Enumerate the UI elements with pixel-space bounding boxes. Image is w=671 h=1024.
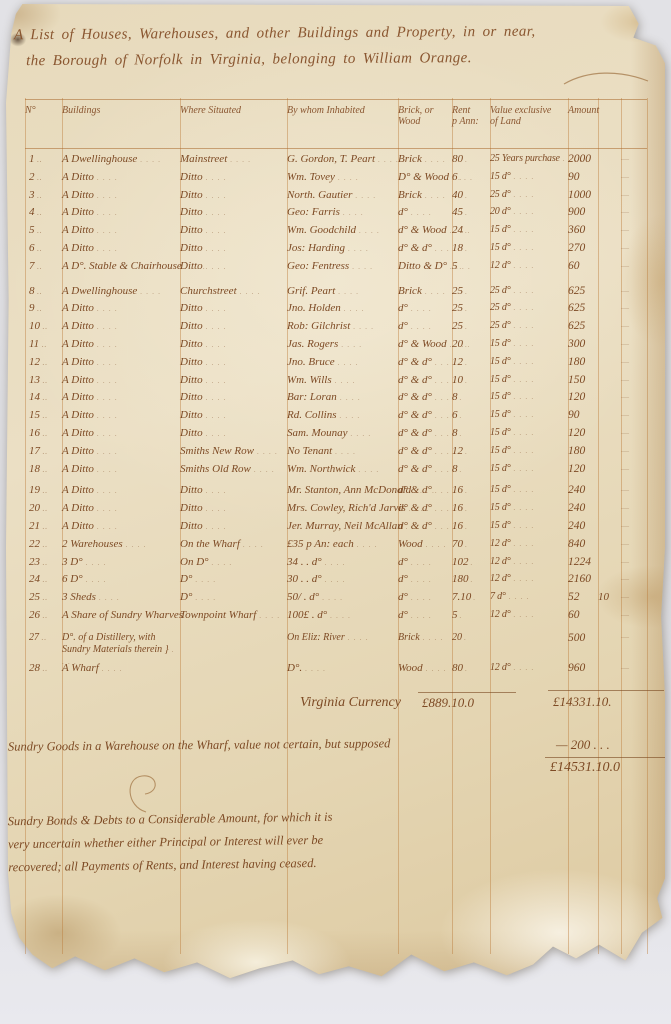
cell-inhabited-by: Jer. Murray, Neil McAllan	[287, 520, 398, 532]
cell-brick-or-wood: d°	[398, 556, 452, 568]
cell-amount: 1000	[568, 189, 598, 201]
cell-dash	[621, 189, 647, 201]
row-number: 15	[25, 409, 62, 421]
cell-where-situated: Ditto	[180, 374, 287, 386]
cell-amount: 150	[568, 374, 598, 386]
cell-brick-or-wood: d° & d°	[398, 409, 452, 421]
cell-where-situated: Smiths New Row	[180, 445, 287, 457]
column-header: Brick, or Wood	[398, 106, 452, 127]
cell-where-situated: Mainstreet	[180, 153, 287, 165]
row-number: 6	[25, 242, 62, 254]
cell-value: 15 d°	[490, 445, 568, 456]
cell-rent: 40	[452, 189, 490, 201]
cell-rent: 16	[452, 520, 490, 532]
cell-amount: 360	[568, 224, 598, 236]
cell-value: 20 d°	[490, 206, 568, 217]
cell-rent: 7.10	[452, 591, 490, 603]
cell-value: 25 d°	[490, 320, 568, 331]
cell-where-situated: Ditto	[180, 242, 287, 254]
table-row: 14 A Ditto Ditto Bar: Loran d° & d° 8 15…	[25, 391, 647, 409]
cell-brick-or-wood: D° & Wood	[398, 171, 452, 183]
cell-brick-or-wood: d° & d°	[398, 427, 452, 439]
cell-inhabited-by: D°.	[287, 662, 398, 674]
row-number: 22	[25, 538, 62, 550]
cell-building: A Ditto	[62, 206, 180, 218]
cell-value: 12 d°	[490, 609, 568, 620]
cell-where-situated: Churchstreet	[180, 285, 287, 297]
cell-amount: 500	[568, 632, 598, 644]
cell-rent: 45	[452, 206, 490, 218]
cell-dash	[621, 463, 647, 475]
cell-building: 6 D°	[62, 573, 180, 585]
table-row: 17 A Ditto Smiths New Row No Tenant d° &…	[25, 445, 647, 463]
cell-building: A D°. Stable & Chairhouse	[62, 260, 180, 272]
table-row: 7 A D°. Stable & Chairhouse Ditto Geo: F…	[25, 260, 647, 278]
cell-dash	[621, 591, 647, 603]
amount-total-rule	[548, 690, 664, 691]
cell-rent: 10	[452, 374, 490, 386]
cell-where-situated: Ditto	[180, 427, 287, 439]
rent-total: £889.10.0	[422, 695, 474, 711]
cell-rent: 25	[452, 285, 490, 297]
cell-amount: 120	[568, 427, 598, 439]
cell-where-situated: Ditto	[180, 206, 287, 218]
cell-building: A Ditto	[62, 374, 180, 386]
cell-amount: 625	[568, 320, 598, 332]
cell-brick-or-wood: Brick	[398, 285, 452, 297]
row-number: 24	[25, 573, 62, 585]
cell-building: A Wharf	[62, 662, 180, 674]
title-line-1: A List of Houses, Warehouses, and other …	[14, 24, 536, 44]
cell-brick-or-wood: d° & d°	[398, 391, 452, 403]
grand-total-rule	[545, 757, 665, 758]
cell-dash	[621, 538, 647, 550]
cell-dash	[621, 502, 647, 514]
cell-dash	[621, 356, 647, 368]
table-row: 1 A Dwellinghouse Mainstreet G. Gordon, …	[25, 153, 647, 171]
table-row: 11 A Ditto Ditto Jas. Rogers d° & Wood 2…	[25, 338, 647, 356]
row-number: 8	[25, 285, 62, 297]
cell-dash	[621, 409, 647, 421]
cell-dash	[621, 609, 647, 621]
table-row: 18 A Ditto Smiths Old Row Wm. Northwick …	[25, 463, 647, 481]
cell-amount: 60	[568, 260, 598, 272]
cell-value: 15 d°	[490, 224, 568, 235]
cell-building: A Ditto	[62, 502, 180, 514]
cell-brick-or-wood: Wood	[398, 538, 452, 550]
cell-inhabited-by: 50/ . d°	[287, 591, 398, 603]
cell-where-situated: On the Wharf	[180, 538, 287, 550]
row-number: 4	[25, 206, 62, 218]
table-row: 2 A Ditto Ditto Wm. Tovey D° & Wood 6 15…	[25, 171, 647, 189]
cell-building: 3 Sheds	[62, 591, 180, 603]
column-header: Buildings	[62, 106, 180, 127]
cell-where-situated: Ditto	[180, 224, 287, 236]
cell-building: A Ditto	[62, 409, 180, 421]
cell-brick-or-wood: d° & d°	[398, 445, 452, 457]
row-number: 20	[25, 502, 62, 514]
cell-where-situated: Smiths Old Row	[180, 463, 287, 475]
cell-dash	[621, 573, 647, 585]
cell-brick-or-wood: d°	[398, 591, 452, 603]
cell-amount-shillings: 10	[598, 591, 621, 603]
cell-value: 12 d°	[490, 662, 568, 673]
table-row: 24 6 D° D° 30 . . d° d° 180 12 d° 2160	[25, 573, 647, 591]
cell-rent: 80	[452, 153, 490, 165]
column-header: Rent p Ann:	[452, 106, 490, 127]
row-number: 16	[25, 427, 62, 439]
cell-value: 15 d°	[490, 502, 568, 513]
cell-building: 3 D°	[62, 556, 180, 568]
cell-dash	[621, 320, 647, 332]
title-flourish	[560, 66, 652, 92]
cell-dash	[621, 632, 647, 643]
table-rows: 1 A Dwellinghouse Mainstreet G. Gordon, …	[25, 153, 647, 682]
cell-value: 15 d°	[490, 171, 568, 182]
cell-where-situated: Ditto	[180, 320, 287, 332]
table-row: 4 A Ditto Ditto Geo: Farris d° 45 20 d° …	[25, 206, 647, 224]
cell-brick-or-wood: d°	[398, 609, 452, 621]
cell-inhabited-by: £35 p An: each	[287, 538, 398, 550]
row-number: 23	[25, 556, 62, 568]
table-header-row: N°BuildingsWhere SituatedBy whom Inhabit…	[25, 106, 647, 127]
cell-rent: 5	[452, 609, 490, 621]
cell-where-situated: Ditto	[180, 391, 287, 403]
cell-where-situated: Ditto	[180, 502, 287, 514]
cell-value: 15 d°	[490, 356, 568, 367]
table-header-bottom-line	[25, 148, 647, 149]
cell-rent: 8	[452, 463, 490, 475]
cell-where-situated: Ditto	[180, 171, 287, 183]
table-row: 23 3 D° On D° 34 . . d° d° 102 12 d° 122…	[25, 556, 647, 574]
cell-inhabited-by: 34 . . d°	[287, 556, 398, 568]
cell-amount: 240	[568, 484, 598, 496]
row-number: 17	[25, 445, 62, 457]
cell-dash	[621, 445, 647, 457]
row-number: 12	[25, 356, 62, 368]
table-row: 13 A Ditto Ditto Wm. Wills d° & d° 10 15…	[25, 374, 647, 392]
column-header: Where Situated	[180, 106, 287, 127]
cell-building: A Ditto	[62, 520, 180, 532]
cell-rent: 18	[452, 242, 490, 254]
cell-rent: 12	[452, 356, 490, 368]
cell-amount: 180	[568, 445, 598, 457]
cell-building: A Ditto	[62, 338, 180, 350]
cell-brick-or-wood: d° & d°	[398, 374, 452, 386]
cell-dash	[621, 484, 647, 496]
row-number: 7	[25, 260, 62, 272]
row-number: 26	[25, 609, 62, 621]
cell-value: 25 d°	[490, 285, 568, 296]
cell-dash	[621, 285, 647, 297]
row-number: 14	[25, 391, 62, 403]
cell-inhabited-by: Wm. Tovey	[287, 171, 398, 183]
cell-inhabited-by: Jno. Bruce	[287, 356, 398, 368]
cell-dash	[621, 427, 647, 439]
row-number: 21	[25, 520, 62, 532]
cell-building: A Ditto	[62, 242, 180, 254]
cell-dash	[621, 662, 647, 674]
cell-inhabited-by: No Tenant	[287, 445, 398, 457]
cell-value: 12 d°	[490, 573, 568, 584]
cell-rent: 16	[452, 502, 490, 514]
cell-dash	[621, 260, 647, 272]
cell-value: 15 d°	[490, 242, 568, 253]
table-row: 6 A Ditto Ditto Jos: Harding d° & d° 18 …	[25, 242, 647, 260]
cell-rent: 180	[452, 573, 490, 585]
cell-amount: 960	[568, 662, 598, 674]
cell-building: 2 Warehouses	[62, 538, 180, 550]
cell-building: A Share of Sundry Wharves	[62, 609, 180, 621]
table-row: 26 A Share of Sundry Wharves Townpoint W…	[25, 609, 647, 627]
cell-brick-or-wood: Ditto & D°	[398, 260, 452, 272]
cell-amount: 180	[568, 356, 598, 368]
cell-where-situated: On D°	[180, 556, 287, 568]
cell-amount: 60	[568, 609, 598, 621]
cell-brick-or-wood: Brick	[398, 153, 452, 165]
row-number: 13	[25, 374, 62, 386]
cell-amount: 270	[568, 242, 598, 254]
row-number: 11	[25, 338, 62, 350]
cell-inhabited-by: Jno. Holden	[287, 302, 398, 314]
table-row: 5 A Ditto Ditto Wm. Goodchild d° & Wood …	[25, 224, 647, 242]
cell-inhabited-by: Sam. Mounay	[287, 427, 398, 439]
cell-brick-or-wood: Wood	[398, 662, 452, 674]
cell-inhabited-by: On Eliz: River	[287, 632, 398, 643]
grand-total: £14531.10.0	[550, 760, 620, 776]
cell-amount: 120	[568, 463, 598, 475]
table-row: 22 2 Warehouses On the Wharf £35 p An: e…	[25, 538, 647, 556]
cell-rent: 70	[452, 538, 490, 550]
cell-brick-or-wood: d°	[398, 206, 452, 218]
row-number: 9	[25, 302, 62, 314]
cell-inhabited-by: Jos: Harding	[287, 242, 398, 254]
cell-brick-or-wood: d° & Wood	[398, 338, 452, 350]
cell-brick-or-wood: Brick	[398, 632, 452, 643]
table-row: 16 A Ditto Ditto Sam. Mounay d° & d° 8 1…	[25, 427, 647, 445]
cell-where-situated: Ditto	[180, 356, 287, 368]
row-number: 18	[25, 463, 62, 475]
row-number: 25	[25, 591, 62, 603]
cell-amount: 625	[568, 302, 598, 314]
bonds-note-line-3: recovered; all Payments of Rents, and In…	[8, 852, 333, 880]
cell-value: 12 d°	[490, 260, 568, 271]
cell-dash	[621, 520, 647, 532]
table-column-line	[647, 98, 648, 954]
row-number: 2	[25, 171, 62, 183]
cell-building: A Ditto	[62, 427, 180, 439]
cell-inhabited-by: Mr. Stanton, Ann McDonald	[287, 484, 398, 496]
cell-value: 15 d°	[490, 520, 568, 531]
currency-label: Virginia Currency	[300, 695, 401, 711]
cell-where-situated: Ditto	[180, 484, 287, 496]
cell-building: A Ditto	[62, 445, 180, 457]
cell-value: 25 d°	[490, 189, 568, 200]
cell-dash	[621, 556, 647, 568]
cell-amount: 625	[568, 285, 598, 297]
cell-inhabited-by: 30 . . d°	[287, 573, 398, 585]
cell-dash	[621, 302, 647, 314]
cell-dash	[621, 374, 647, 386]
cell-inhabited-by: Rob: Gilchrist	[287, 320, 398, 332]
cell-rent: 8	[452, 427, 490, 439]
cell-brick-or-wood: d°	[398, 302, 452, 314]
cell-building: A Ditto	[62, 189, 180, 201]
cell-building: A Ditto	[62, 356, 180, 368]
cell-amount: 1224	[568, 556, 598, 568]
cell-brick-or-wood: d° & Wood	[398, 224, 452, 236]
cell-value: 25 d°	[490, 302, 568, 313]
table-row: 25 3 Sheds D° 50/ . d° d° 7.10 7 d° 52 1…	[25, 591, 647, 609]
cell-rent: 12	[452, 445, 490, 457]
cell-brick-or-wood: Brick	[398, 189, 452, 201]
row-number: 3	[25, 189, 62, 201]
cell-inhabited-by: Geo: Fentress	[287, 260, 398, 272]
cell-where-situated: Ditto	[180, 520, 287, 532]
cell-inhabited-by: Jas. Rogers	[287, 338, 398, 350]
cell-where-situated: Ditto	[180, 338, 287, 350]
cell-where-situated: Ditto	[180, 409, 287, 421]
column-header: By whom Inhabited	[287, 106, 398, 127]
cell-rent: 25	[452, 302, 490, 314]
row-number: 28	[25, 662, 62, 674]
cell-building: A Ditto	[62, 484, 180, 496]
cell-value: 7 d°	[490, 591, 568, 602]
cell-amount: 90	[568, 409, 598, 421]
cell-inhabited-by: Rd. Collins	[287, 409, 398, 421]
row-number: 27	[25, 632, 62, 643]
column-header: N°	[25, 106, 62, 127]
bonds-note: Sundry Bonds & Debts to a Considerable A…	[8, 806, 334, 880]
table-row: 3 A Ditto Ditto North. Gautier Brick 40 …	[25, 189, 647, 207]
rent-total-rule	[418, 692, 516, 693]
cell-rent: 80	[452, 662, 490, 674]
cell-building: A Dwellinghouse	[62, 153, 180, 165]
cell-dash	[621, 153, 647, 165]
cell-value: 15 d°	[490, 391, 568, 402]
cell-building: A Dwellinghouse	[62, 285, 180, 297]
cell-amount: 2160	[568, 573, 598, 585]
cell-value: 15 d°	[490, 427, 568, 438]
cell-inhabited-by: Bar: Loran	[287, 391, 398, 403]
cell-brick-or-wood: d°	[398, 573, 452, 585]
cell-brick-or-wood: d° & d°	[398, 356, 452, 368]
table-row: 21 A Ditto Ditto Jer. Murray, Neil McAll…	[25, 520, 647, 538]
cell-inhabited-by: Wm. Wills	[287, 374, 398, 386]
cell-rent: 20	[452, 632, 490, 643]
cell-amount: 300	[568, 338, 598, 350]
cell-amount: 90	[568, 171, 598, 183]
cell-rent: 102	[452, 556, 490, 568]
table-header-top-line	[25, 99, 647, 100]
cell-dash	[621, 338, 647, 350]
cell-building: A Ditto	[62, 302, 180, 314]
table-row: 27 D°. of a Distillery, with Sundry Mate…	[25, 632, 647, 662]
table-row: 20 A Ditto Ditto Mrs. Cowley, Rich'd Jar…	[25, 502, 647, 520]
row-number: 1	[25, 153, 62, 165]
cell-dash	[621, 206, 647, 218]
table-row: 10 A Ditto Ditto Rob: Gilchrist d° 25 25…	[25, 320, 647, 338]
cell-value: 12 d°	[490, 556, 568, 567]
cell-where-situated: D°	[180, 573, 287, 585]
table-row: 19 A Ditto Ditto Mr. Stanton, Ann McDona…	[25, 484, 647, 502]
cell-inhabited-by: 100£ . d°	[287, 609, 398, 621]
amount-total: £14331.10.	[553, 694, 612, 710]
cell-dash	[621, 242, 647, 254]
cell-where-situated: Ditto	[180, 189, 287, 201]
row-number: 10	[25, 320, 62, 332]
cell-dash	[621, 224, 647, 236]
cell-value: 15 d°	[490, 338, 568, 349]
cell-inhabited-by: Grif. Peart	[287, 285, 398, 297]
cell-rent: 25	[452, 320, 490, 332]
cell-brick-or-wood: d°	[398, 320, 452, 332]
cell-inhabited-by: G. Gordon, T. Peart	[287, 153, 398, 165]
cell-amount: 900	[568, 206, 598, 218]
cell-rent: 8	[452, 391, 490, 403]
cell-value: 15 d°	[490, 374, 568, 385]
column-header: Value exclusive of Land	[490, 106, 568, 127]
cell-dash	[621, 171, 647, 183]
cell-where-situated: D°	[180, 591, 287, 603]
cell-amount: 52	[568, 591, 598, 603]
cell-value: 12 d°	[490, 538, 568, 549]
table-row: 15 A Ditto Ditto Rd. Collins d° & d° 6 1…	[25, 409, 647, 427]
cell-rent: 16	[452, 484, 490, 496]
cell-inhabited-by: Wm. Goodchild	[287, 224, 398, 236]
cell-value: 15 d°	[490, 409, 568, 420]
cell-inhabited-by: Geo: Farris	[287, 206, 398, 218]
cell-building: A Ditto	[62, 391, 180, 403]
cell-rent: 5	[452, 260, 490, 272]
cell-brick-or-wood: d° & d°	[398, 242, 452, 254]
table-row: 9 A Ditto Ditto Jno. Holden d° 25 25 d° …	[25, 302, 647, 320]
cell-dash	[621, 391, 647, 403]
cell-inhabited-by: North. Gautier	[287, 189, 398, 201]
column-header: Amount	[568, 106, 598, 127]
cell-amount: 840	[568, 538, 598, 550]
row-number: 19	[25, 484, 62, 496]
cell-value: 15 d°	[490, 484, 568, 495]
cell-amount: 120	[568, 391, 598, 403]
sundry-goods-amount: — 200 . . .	[556, 737, 610, 753]
table-row: 8 A Dwellinghouse Churchstreet Grif. Pea…	[25, 285, 647, 303]
cell-building: A Ditto	[62, 224, 180, 236]
table-row: 12 A Ditto Ditto Jno. Bruce d° & d° 12 1…	[25, 356, 647, 374]
table-row: 28 A Wharf D°. Wood 80 12 d° 960	[25, 662, 647, 682]
cell-building: A Ditto	[62, 171, 180, 183]
cell-inhabited-by: Wm. Northwick	[287, 463, 398, 475]
cell-value: 15 d°	[490, 463, 568, 474]
row-number: 5	[25, 224, 62, 236]
cell-brick-or-wood: d° & d°	[398, 463, 452, 475]
cell-building: A Ditto	[62, 463, 180, 475]
cell-inhabited-by: Mrs. Cowley, Rich'd Jarvis	[287, 502, 398, 514]
cell-where-situated: Ditto	[180, 302, 287, 314]
cell-amount: 240	[568, 520, 598, 532]
cell-value: 25 Years purchase	[490, 153, 568, 164]
cell-rent: 6	[452, 409, 490, 421]
cell-amount: 240	[568, 502, 598, 514]
cell-building: A Ditto	[62, 320, 180, 332]
